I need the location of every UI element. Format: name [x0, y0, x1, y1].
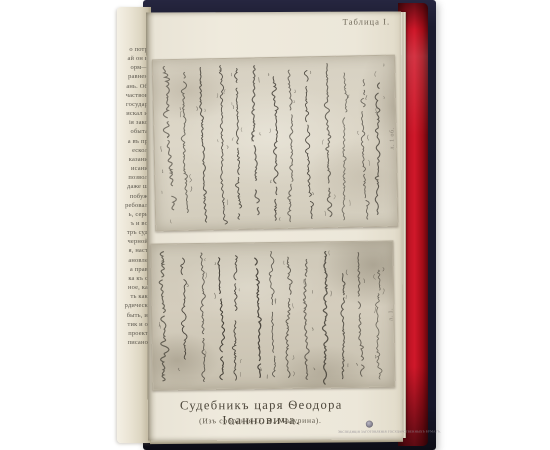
text-fragment: тръ суд — [117, 228, 148, 237]
text-fragment: ка къ с — [117, 274, 148, 283]
text-fragment: искал и — [117, 109, 148, 118]
text-fragment: обыта — [117, 127, 148, 136]
book-photograph: о потрай он ворм—равненань. Обчаствовгос… — [0, 0, 550, 450]
text-fragment: ановле — [117, 256, 148, 265]
text-fragment: частвов — [117, 91, 148, 100]
text-fragment: орм— — [117, 63, 148, 72]
manuscript-photo-recto — [150, 240, 395, 390]
plate-number-label: Таблица I. — [343, 16, 391, 26]
text-fragment: позвол — [117, 173, 148, 182]
text-fragment: ай он в — [117, 54, 148, 63]
plate-page: Таблица I. л. 1 об. л. 1. Судебникъ царя… — [146, 11, 403, 440]
printer-imprint: ЭКСПЕДИЦІЯ ЗАГОТОВЛЕНІЯ ГОСУДАРСТВЕННЫХЪ… — [338, 430, 441, 434]
text-fragment: ребовал — [117, 201, 148, 210]
text-fragment: а прав — [117, 265, 148, 274]
text-fragment: проект — [117, 329, 148, 338]
text-fragment: ія зако — [117, 118, 148, 127]
text-fragment: даже ш — [117, 182, 148, 191]
text-fragment: быть, и — [117, 311, 148, 320]
text-fragment: государ — [117, 100, 148, 109]
text-fragment: казани — [117, 155, 148, 164]
text-fragment: тик и о — [117, 320, 148, 329]
text-fragment: равнен — [117, 72, 148, 81]
text-fragment: ть как — [117, 292, 148, 301]
manuscript-handwriting-facsimile — [153, 56, 397, 231]
text-fragment: писано — [117, 338, 148, 347]
text-fragment: ескол — [117, 146, 148, 155]
text-fragment: о потр — [117, 45, 148, 54]
folio-label-verso: л. 1 об. — [390, 121, 396, 155]
text-fragment: я, наст — [117, 246, 148, 255]
printer-stamp-icon — [366, 421, 373, 428]
text-fragment: черной — [117, 237, 148, 246]
text-fragment: ъ и во — [117, 219, 148, 228]
text-fragment: ь, серь — [117, 210, 148, 219]
text-fragment: ань. Об — [117, 82, 148, 91]
plate-subcaption: (Изъ собранія О. Ѳ. Мазурина). — [148, 415, 403, 425]
text-fragment: исани — [117, 164, 148, 173]
text-fragment: а въ пр — [117, 137, 148, 146]
manuscript-handwriting-facsimile — [151, 241, 394, 389]
left-page-text-fragments: о потрай он ворм—равненань. Обчаствовгос… — [117, 45, 148, 365]
text-fragment: рдическ — [117, 301, 148, 310]
text-fragment: ное, ка — [117, 283, 148, 292]
folio-label-recto: л. 1. — [388, 297, 394, 331]
manuscript-photo-verso — [152, 55, 398, 232]
text-fragment: побуж — [117, 192, 148, 201]
